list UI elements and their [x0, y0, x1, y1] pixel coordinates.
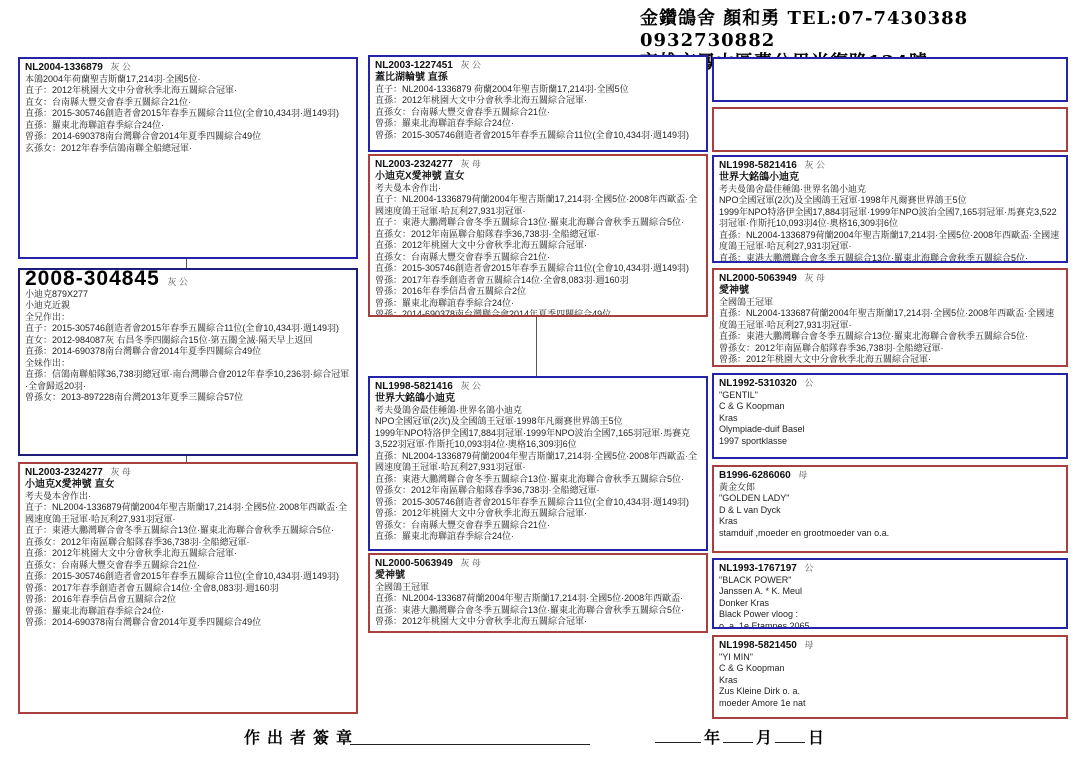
- pedigree-line: o. a. 1e Etampes 2065: [719, 621, 1061, 630]
- sex-label: 灰 公: [460, 381, 481, 391]
- pedigree-line: 直孫：2012年桃園大文中分會秋季北海五關綜合冠軍·: [25, 548, 351, 560]
- ring-line: 2008-304845 灰 公: [25, 273, 351, 289]
- sex-label: 母: [804, 640, 813, 650]
- connector-line: [186, 259, 187, 268]
- granddam-paternal-box: NL2003-2324277 灰 母 小迪克X愛神號 直女 考夫曼本舍作出·直子…: [368, 154, 708, 317]
- pedigree-line: 曾孫：羅東北海聯誼春季綜合24位·: [375, 298, 701, 310]
- sex-label: 灰 公: [167, 277, 188, 287]
- ring-number: NL1998-5821416: [375, 381, 453, 392]
- pedigree-lines: 考夫曼本舍作出·直子：NL2004-1336879荷蘭2004年聖吉斯蘭17,2…: [375, 183, 701, 318]
- pedigree-line: 直孫：信鴿南聯船隊36,738羽總冠軍·南台灣聯合會2012年春季10,236羽…: [25, 369, 351, 392]
- pedigree-line: 小迪克879X277: [25, 289, 351, 301]
- sex-label: 灰 公: [110, 62, 131, 72]
- pedigree-line: 直孫女：台南縣大豐交會春季五關綜合21位·: [375, 107, 701, 119]
- pedigree-line: 直孫：2014-690378南台灣聯合會2014年夏季四關綜合49位: [25, 346, 351, 358]
- pedigree-line: 考夫曼鴿舍最佳種鴿·世界名鴿小迪克: [719, 184, 1061, 196]
- pedigree-line: 直孫：NL2004-1336879荷蘭2004年聖吉斯蘭17,214羽·全國5位…: [375, 451, 701, 474]
- month-label: 月: [756, 728, 772, 747]
- pedigree-line: 曾孫：2017年春季創造者會五關綜合14位·全會8,083羽·週160羽: [25, 583, 351, 595]
- pedigree-line: 曾孫：2016年春季信昌會五關綜合2位: [375, 286, 701, 298]
- sex-label: 灰 公: [460, 60, 481, 70]
- great-grandsire-fm-box: NL1998-5821416 灰 公 世界大銘鴿小迪克 考夫曼鴿舍最佳種鴿·世界…: [712, 155, 1068, 263]
- pigeon-name: 愛神號: [375, 570, 701, 582]
- pedigree-line: D & L van Dyck: [719, 505, 1061, 517]
- sex-label: 灰 母: [460, 558, 481, 568]
- ring-number: NL1998-5821450: [719, 640, 797, 651]
- pedigree-lines: 考夫曼鴿舍最佳種鴿·世界名鴿小迪克NPO全國冠軍(2次)及全國鴿王冠軍·1998…: [375, 405, 701, 543]
- pedigree-line: 玄孫女：2012年春季信鴿南聯全船總冠軍·: [25, 143, 351, 155]
- pedigree-lines: "YI MIN"C & G KoopmanKrasZus Kleine Dirk…: [719, 652, 1061, 710]
- pedigree-line: 曾孫女：台南縣大豐交會春季五關綜合21位·: [375, 520, 701, 532]
- pedigree-line: stamduif ,moeder en grootmoeder van o.a.: [719, 528, 1061, 540]
- pedigree-lines: 考夫曼鴿舍最佳種鴿·世界名鴿小迪克NPO全國冠軍(2次)及全國鴿王冠軍·1998…: [719, 184, 1061, 264]
- pedigree-line: 直孫：2015-305746創造者會2015年春季五關綜合11位(全會10,43…: [375, 263, 701, 275]
- ring-number: NL1998-5821416: [719, 160, 797, 171]
- pedigree-line: 考夫曼鴿舍最佳種鴿·世界名鴿小迪克: [375, 405, 701, 417]
- pedigree-line: 直孫女：台南縣大豐交會春季五關綜合21位·: [25, 560, 351, 572]
- pedigree-line: 曾孫：2012年桃園大文中分會秋季北海五關綜合冠軍·: [719, 354, 1061, 366]
- pedigree-lines: 全國鴿王冠軍直孫：NL2004-133687荷蘭2004年聖吉斯蘭17,214羽…: [375, 582, 701, 628]
- pedigree-line: "GENTIL": [719, 390, 1061, 402]
- pigeon-name: 世界大銘鴿小迪克: [375, 393, 701, 405]
- pedigree-line: 曾孫：2012年桃園大文中分會秋季北海五關綜合冠軍·: [375, 616, 701, 628]
- ring-number: NL2003-2324277: [375, 159, 453, 170]
- pedigree-line: 直孫：2012年桃園大文中分會秋季北海五關綜合冠軍·: [375, 240, 701, 252]
- pedigree-lines: "BLACK POWER"Janssen A. * K. MeulDonker …: [719, 575, 1061, 630]
- pedigree-line: 曾孫女：2012年南區聯合船隊春季36,738羽·全船總冠軍·: [719, 343, 1061, 355]
- pedigree-line: 直孫：東港大鵬灣聯合會冬季五關綜合13位·羅東北海聯合會秋季五關綜合5位·: [719, 331, 1061, 343]
- pedigree-line: "GOLDEN LADY": [719, 493, 1061, 505]
- ring-number: NL2003-2324277: [25, 467, 103, 478]
- pedigree-line: moeder Amore 1e nat: [719, 698, 1061, 710]
- pedigree-line: 曾孫：2015-305746創造者會2015年春季五關綜合11位(全會10,43…: [375, 130, 701, 142]
- ring-line: NL2000-5063949 灰 母: [375, 558, 701, 570]
- great-granddam-mf-box: B1996-6286060 母 黃金女郎"GOLDEN LADY"D & L v…: [712, 465, 1068, 553]
- pedigree-line: 直子：2012年桃園大文中分會秋季北海五關綜合冠軍·: [25, 85, 351, 97]
- pigeon-name: 小迪克X愛神號 直女: [375, 171, 701, 183]
- pedigree-line: 全兄作出：: [25, 312, 351, 324]
- pedigree-line: 直孫女：2012年南區聯合船隊春季36,738羽·全船總冠軍·: [375, 229, 701, 241]
- pedigree-line: 直孫：NL2004-1336879荷蘭2004年聖吉斯蘭17,214羽·全國5位…: [719, 230, 1061, 253]
- pedigree-line: 曾孫：2014-690378南台灣聯合會2014年夏季四關綜合49位: [375, 309, 701, 317]
- great-grandparent-empty-box-1: [712, 57, 1068, 102]
- pigeon-name: 蓋比湖輪號 直孫: [375, 72, 701, 84]
- great-grandparent-empty-box-2: [712, 107, 1068, 152]
- pigeon-name: 愛神號: [719, 285, 1061, 297]
- father-box: NL2004-1336879 灰 公 本鴿2004年荷蘭聖吉斯蘭17,214羽·…: [18, 57, 358, 259]
- pedigree-line: 直孫：羅東北海聯誼春季綜合24位·: [25, 120, 351, 132]
- ring-line: NL2003-2324277 灰 母: [25, 467, 351, 479]
- pedigree-line: 本鴿2004年荷蘭聖吉斯蘭17,214羽·全國5位·: [25, 74, 351, 86]
- pedigree-line: 直孫：NL2004-133687荷蘭2004年聖吉斯蘭17,214羽·全國5位·…: [375, 593, 701, 605]
- date-fields: 年月日: [652, 725, 824, 748]
- pedigree-line: 曾孫：2016年春季信昌會五關綜合2位: [25, 594, 351, 606]
- day-line: [775, 728, 805, 743]
- sex-label: 公: [804, 563, 813, 573]
- great-grandsire-mf-box: NL1992-5310320 公 "GENTIL"C & G KoopmanKr…: [712, 373, 1068, 459]
- pedigree-line: Olympiade-duif Basel: [719, 424, 1061, 436]
- pedigree-line: Kras: [719, 516, 1061, 528]
- pedigree-line: 直孫：東港大鵬灣聯合會冬季五關綜合13位·羅東北海聯合會秋季五關綜合5位·: [375, 474, 701, 486]
- pedigree-line: 直女：2012-984087灰 右昌冬季四關綜合15位·第五關全滅·隔天早上返回: [25, 335, 351, 347]
- pedigree-line: 直孫女：台南縣大豐交會春季五關綜合21位·: [375, 252, 701, 264]
- year-label: 年: [704, 728, 720, 747]
- pedigree-lines: 本鴿2004年荷蘭聖吉斯蘭17,214羽·全國5位·直子：2012年桃園大文中分…: [25, 74, 351, 155]
- sex-label: 灰 公: [804, 160, 825, 170]
- pedigree-lines: 考夫曼本舍作出·直子：NL2004-1336879荷蘭2004年聖吉斯蘭17,2…: [25, 491, 351, 629]
- pedigree-line: 直子：NL2004-1336879 荷蘭2004年聖吉斯蘭17,214羽·全國5…: [375, 84, 701, 96]
- ring-line: NL1998-5821416 灰 公: [719, 160, 1061, 172]
- pedigree-line: 曾孫：2014-690378南台灣聯合會2014年夏季四關綜合49位: [25, 617, 351, 629]
- ring-number: B1996-6286060: [719, 470, 791, 481]
- pedigree-line: 直子：東港大鵬灣聯合會冬季五關綜合13位·羅東北海聯合會秋季五關綜合5位·: [25, 525, 351, 537]
- pedigree-line: Zus Kleine Dirk o. a.: [719, 686, 1061, 698]
- ring-number: NL2003-1227451: [375, 60, 453, 71]
- ring-number: NL2000-5063949: [375, 558, 453, 569]
- pedigree-line: 全國鴿王冠軍: [375, 582, 701, 594]
- pedigree-line: 全國鴿王冠軍: [719, 297, 1061, 309]
- subject-ring-number: 2008-304845: [25, 268, 160, 290]
- pedigree-line: 曾孫：2015-305746創造者會2015年春季五關綜合11位(全會10,43…: [375, 497, 701, 509]
- great-granddam-fm-box: NL2000-5063949 灰 母 愛神號 全國鴿王冠軍直孫：NL2004-1…: [712, 268, 1068, 367]
- pedigree-line: Kras: [719, 675, 1061, 687]
- day-label: 日: [808, 728, 824, 747]
- grandsire-paternal-box: NL2003-1227451 灰 公 蓋比湖輪號 直孫 直子：NL2004-13…: [368, 55, 708, 152]
- granddam-maternal-box: NL2000-5063949 灰 母 愛神號 全國鴿王冠軍直孫：NL2004-1…: [368, 553, 708, 633]
- pedigree-line: 直孫：2012年桃園大文中分會秋季北海五關綜合冠軍·: [375, 95, 701, 107]
- pedigree-line: 直子：NL2004-1336879荷蘭2004年聖吉斯蘭17,214羽·全國5位…: [375, 194, 701, 217]
- pedigree-line: 直孫：2015-305746創造者會2015年春季五關綜合11位(全會10,43…: [25, 571, 351, 583]
- pedigree-line: NPO全國冠軍(2次)及全國鴿王冠軍·1998年凡爾賽世界鴿王5位: [375, 416, 701, 428]
- ring-line: NL2000-5063949 灰 母: [719, 273, 1061, 285]
- pedigree-line: Janssen A. * K. Meul: [719, 586, 1061, 598]
- pedigree-line: 直孫女：2012年南區聯合船隊春季36,738羽·全船總冠軍·: [25, 537, 351, 549]
- ring-line: B1996-6286060 母: [719, 470, 1061, 482]
- pedigree-line: Black Power vloog :: [719, 609, 1061, 621]
- pigeon-name: 世界大銘鴿小迪克: [719, 172, 1061, 184]
- mother-box: NL2003-2324277 灰 母 小迪克X愛神號 直女 考夫曼本舍作出·直子…: [18, 462, 358, 714]
- ring-number: NL1992-5310320: [719, 378, 797, 389]
- subject-box: 2008-304845 灰 公 小迪克879X277小迪克近親全兄作出：直子：2…: [18, 268, 358, 456]
- ring-line: NL2004-1336879 灰 公: [25, 62, 351, 74]
- pedigree-line: 曾孫女：2013-897228南台灣2013年夏季三關綜合57位: [25, 392, 351, 404]
- year-line: [655, 728, 701, 743]
- pedigree-line: 直子：東港大鵬灣聯合會冬季五關綜合13位·羅東北海聯合會秋季五關綜合5位·: [375, 217, 701, 229]
- ring-line: NL2003-2324277 灰 母: [375, 159, 701, 171]
- pedigree-line: 直孫：2015-305746創造者會2015年春季五關綜合11位(全會10,43…: [25, 108, 351, 120]
- pedigree-line: "BLACK POWER": [719, 575, 1061, 587]
- pedigree-line: 黃金女郎: [719, 482, 1061, 494]
- pedigree-line: Kras: [719, 413, 1061, 425]
- pedigree-certificate: 金鑽鴿舍 顏和勇 TEL:07-7430388 0932730882 高雄市鳳山…: [0, 0, 1080, 769]
- pedigree-line: 考夫曼本舍作出·: [25, 491, 351, 503]
- pedigree-line: 曾孫：2014-690378南台灣聯合會2014年夏季四關綜合49位: [25, 131, 351, 143]
- pedigree-line: NPO全國冠軍(2次)及全國鴿王冠軍·1998年凡爾賽世界鴿王5位: [719, 195, 1061, 207]
- pigeon-name: 小迪克X愛神號 直女: [25, 479, 351, 491]
- connector-line: [186, 456, 187, 462]
- ring-number: NL2004-1336879: [25, 62, 103, 73]
- pedigree-line: C & G Koopman: [719, 663, 1061, 675]
- ring-line: NL1993-1767197 公: [719, 563, 1061, 575]
- pedigree-line: 曾孫：2017年春季創造者會五關綜合14位·全會8,083羽·週160羽: [375, 275, 701, 287]
- pedigree-lines: 小迪克879X277小迪克近親全兄作出：直子：2015-305746創造者會20…: [25, 289, 351, 404]
- pedigree-line: 全妹作出：: [25, 358, 351, 370]
- pedigree-line: 直孫：NL2004-133687荷蘭2004年聖吉斯蘭17,214羽·全國5位·…: [719, 308, 1061, 331]
- pedigree-line: 1999年NPO特洛伊全國17,884羽冠軍·1999年NPO波治全國7,165…: [375, 428, 701, 451]
- pedigree-line: 曾孫：羅東北海聯誼春季綜合24位·: [375, 118, 701, 130]
- pedigree-line: 小迪克近親: [25, 300, 351, 312]
- sex-label: 公: [804, 378, 813, 388]
- signature-line: [350, 729, 590, 745]
- pedigree-lines: 黃金女郎"GOLDEN LADY"D & L van DyckKrasstamd…: [719, 482, 1061, 540]
- ring-line: NL1998-5821416 灰 公: [375, 381, 701, 393]
- pedigree-lines: "GENTIL"C & G KoopmanKrasOlympiade-duif …: [719, 390, 1061, 448]
- pedigree-line: 曾孫：2012年桃園大文中分會秋季北海五關綜合冠軍·: [375, 508, 701, 520]
- ring-line: NL1998-5821450 母: [719, 640, 1061, 652]
- pedigree-line: C & G Koopman: [719, 401, 1061, 413]
- pedigree-line: 考夫曼本舍作出·: [375, 183, 701, 195]
- great-grandsire-mm-box: NL1993-1767197 公 "BLACK POWER"Janssen A.…: [712, 558, 1068, 629]
- pedigree-line: 直女：台南縣大豐交會春季五關綜合21位·: [25, 97, 351, 109]
- breeder-signature-label: 作出者簽章: [244, 725, 359, 748]
- month-line: [723, 728, 753, 743]
- pedigree-line: 曾孫：羅東北海聯誼春季綜合24位·: [25, 606, 351, 618]
- pedigree-line: 直孫：東港大鵬灣聯合會冬季五關綜合13位·羅東北海聯合會秋季五關綜合5位·: [375, 605, 701, 617]
- pedigree-line: 直孫：東港大鵬灣聯合會冬季五關綜合13位·羅東北海聯合會秋季五關綜合5位·: [719, 253, 1061, 264]
- sex-label: 灰 母: [804, 273, 825, 283]
- sex-label: 母: [798, 470, 807, 480]
- ring-line: NL2003-1227451 灰 公: [375, 60, 701, 72]
- great-granddam-mm-box: NL1998-5821450 母 "YI MIN"C & G KoopmanKr…: [712, 635, 1068, 719]
- pedigree-line: 直子：NL2004-1336879荷蘭2004年聖吉斯蘭17,214羽·全國5位…: [25, 502, 351, 525]
- ring-number: NL2000-5063949: [719, 273, 797, 284]
- ring-line: NL1992-5310320 公: [719, 378, 1061, 390]
- sex-label: 灰 母: [110, 467, 131, 477]
- pedigree-lines: 直子：NL2004-1336879 荷蘭2004年聖吉斯蘭17,214羽·全國5…: [375, 84, 701, 142]
- loft-name-line: 金鑽鴿舍 顏和勇 TEL:07-7430388 0932730882: [640, 8, 1070, 52]
- pedigree-line: Donker Kras: [719, 598, 1061, 610]
- pedigree-line: 直孫：羅東北海聯誼春季綜合24位·: [375, 531, 701, 543]
- pedigree-line: 曾孫女：2012年南區聯合船隊春季36,738羽·全船總冠軍·: [375, 485, 701, 497]
- grandsire-maternal-box: NL1998-5821416 灰 公 世界大銘鴿小迪克 考夫曼鴿舍最佳種鴿·世界…: [368, 376, 708, 551]
- pedigree-lines: 全國鴿王冠軍直孫：NL2004-133687荷蘭2004年聖吉斯蘭17,214羽…: [719, 297, 1061, 366]
- pedigree-line: "YI MIN": [719, 652, 1061, 664]
- sex-label: 灰 母: [460, 159, 481, 169]
- pedigree-line: 直子：2015-305746創造者會2015年春季五關綜合11位(全會10,43…: [25, 323, 351, 335]
- connector-line: [536, 317, 537, 376]
- pedigree-line: 1997 sportklasse: [719, 436, 1061, 448]
- pedigree-line: 1999年NPO特洛伊全國17,884羽冠軍·1999年NPO波治全國7,165…: [719, 207, 1061, 230]
- ring-number: NL1993-1767197: [719, 563, 797, 574]
